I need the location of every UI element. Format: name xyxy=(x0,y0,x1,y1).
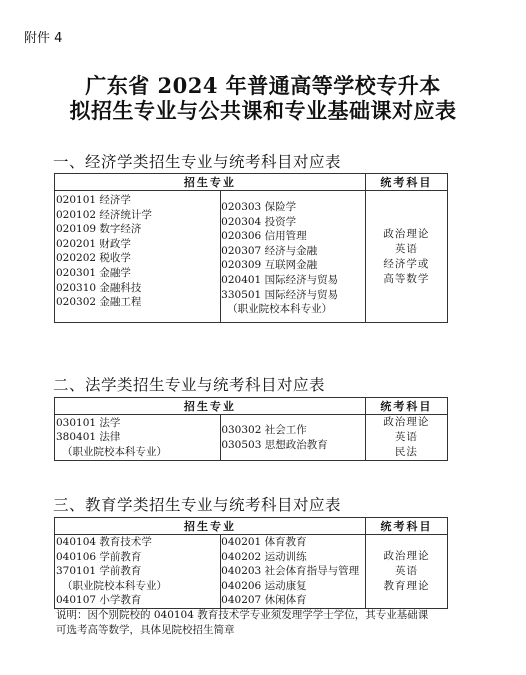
list-item: 020301 金融学 xyxy=(56,266,220,281)
major-list-right: 030302 社会工作 030503 思想政治教育 xyxy=(221,415,366,461)
attachment-label: 附件 4 xyxy=(24,27,62,46)
list-item: 020101 经济学 xyxy=(56,193,220,208)
subject: 民法 xyxy=(366,445,447,460)
list-item: 020309 互联网金融 xyxy=(221,258,365,273)
section-heading-economics: 一、经济学类招生专业与统考科目对应表 xyxy=(53,150,341,172)
education-table: 招生专业 统考科目 040104 教育技术学 040106 学前教育 37010… xyxy=(54,517,448,609)
section-heading-education: 三、教育学类招生专业与统考科目对应表 xyxy=(53,493,341,515)
header-major: 招生专业 xyxy=(55,398,366,415)
exam-subjects: 政治理论 英语 民法 xyxy=(365,415,447,461)
subject: 高等数学 xyxy=(366,272,447,287)
header-major: 招生专业 xyxy=(55,518,366,535)
list-item: 040106 学前教育 xyxy=(56,550,220,565)
economics-table: 招生专业 统考科目 020101 经济学 020102 经济统计学 020109… xyxy=(54,173,448,323)
list-item: 020307 经济与金融 xyxy=(221,244,365,259)
header-subject: 统考科目 xyxy=(365,174,447,191)
list-item: 040104 教育技术学 xyxy=(56,535,220,550)
document-title-line2: 拟招生专业与公共课和专业基础课对应表 xyxy=(0,99,526,123)
list-item: 030503 思想政治教育 xyxy=(221,438,365,453)
law-table: 招生专业 统考科目 030101 法学 380401 法律 （职业院校本科专业）… xyxy=(54,397,448,461)
list-item: 020310 金融科技 xyxy=(56,281,220,296)
subject: 经济学或 xyxy=(366,257,447,272)
list-item: 020109 数字经济 xyxy=(56,222,220,237)
list-item: 330501 国际经济与贸易 xyxy=(221,288,365,303)
list-item: 020202 税收学 xyxy=(56,251,220,266)
list-item: 020201 财政学 xyxy=(56,237,220,252)
major-list-right: 040201 体育教育 040202 运动训练 040203 社会体育指导与管理… xyxy=(221,535,366,609)
list-item: 380401 法律 xyxy=(56,430,220,445)
subject: 英语 xyxy=(366,242,447,257)
header-major: 招生专业 xyxy=(55,174,366,191)
subject: 政治理论 xyxy=(366,415,447,430)
subject: 英语 xyxy=(366,430,447,445)
list-item: 030302 社会工作 xyxy=(221,423,365,438)
list-item: 020401 国际经济与贸易 xyxy=(221,273,365,288)
list-item: 040107 小学教育 xyxy=(56,593,220,608)
list-item: 040203 社会体育指导与管理 xyxy=(221,564,365,579)
major-list-left: 020101 经济学 020102 经济统计学 020109 数字经济 0202… xyxy=(55,191,221,323)
list-item: 040206 运动康复 xyxy=(221,579,365,594)
list-item: 040201 体育教育 xyxy=(221,535,365,550)
major-list-left: 040104 教育技术学 040106 学前教育 370101 学前教育 （职业… xyxy=(55,535,221,609)
exam-subjects: 政治理论 英语 经济学或 高等数学 xyxy=(365,191,447,323)
list-item: 040207 休闲体育 xyxy=(221,593,365,608)
subject: 教育理论 xyxy=(366,579,447,594)
section-heading-law: 二、法学类招生专业与统考科目对应表 xyxy=(53,373,325,395)
list-item: 020302 金融工程 xyxy=(56,295,220,310)
list-item: 040202 运动训练 xyxy=(221,550,365,565)
subject: 政治理论 xyxy=(366,549,447,564)
header-subject: 统考科目 xyxy=(365,398,447,415)
list-item: 020303 保险学 xyxy=(221,200,365,215)
exam-subjects: 政治理论 英语 教育理论 xyxy=(366,535,448,609)
footnote-line2: 可选考高等数学，具体见院校招生简章 xyxy=(56,623,456,638)
subject: 政治理论 xyxy=(366,227,447,242)
list-item: 370101 学前教育 xyxy=(56,564,220,579)
list-item: （职业院校本科专业） xyxy=(56,579,220,594)
list-item: （职业院校本科专业） xyxy=(56,445,220,460)
list-item: 020306 信用管理 xyxy=(221,229,365,244)
list-item: 030101 法学 xyxy=(56,416,220,431)
footnote-line1: 说明：因个别院校的 040104 教育技术学专业须发理学学士学位，其专业基础课 xyxy=(56,608,456,623)
subject: 英语 xyxy=(366,564,447,579)
list-item: 020102 经济统计学 xyxy=(56,208,220,223)
document-title-line1: 广东省 2024 年普通高等学校专升本 xyxy=(0,74,526,98)
footnote: 说明：因个别院校的 040104 教育技术学专业须发理学学士学位，其专业基础课 … xyxy=(56,608,456,637)
list-item: （职业院校本科专业） xyxy=(221,302,365,317)
header-subject: 统考科目 xyxy=(366,518,448,535)
major-list-left: 030101 法学 380401 法律 （职业院校本科专业） xyxy=(55,415,221,461)
major-list-right: 020303 保险学 020304 投资学 020306 信用管理 020307… xyxy=(221,191,366,323)
list-item: 020304 投资学 xyxy=(221,215,365,230)
